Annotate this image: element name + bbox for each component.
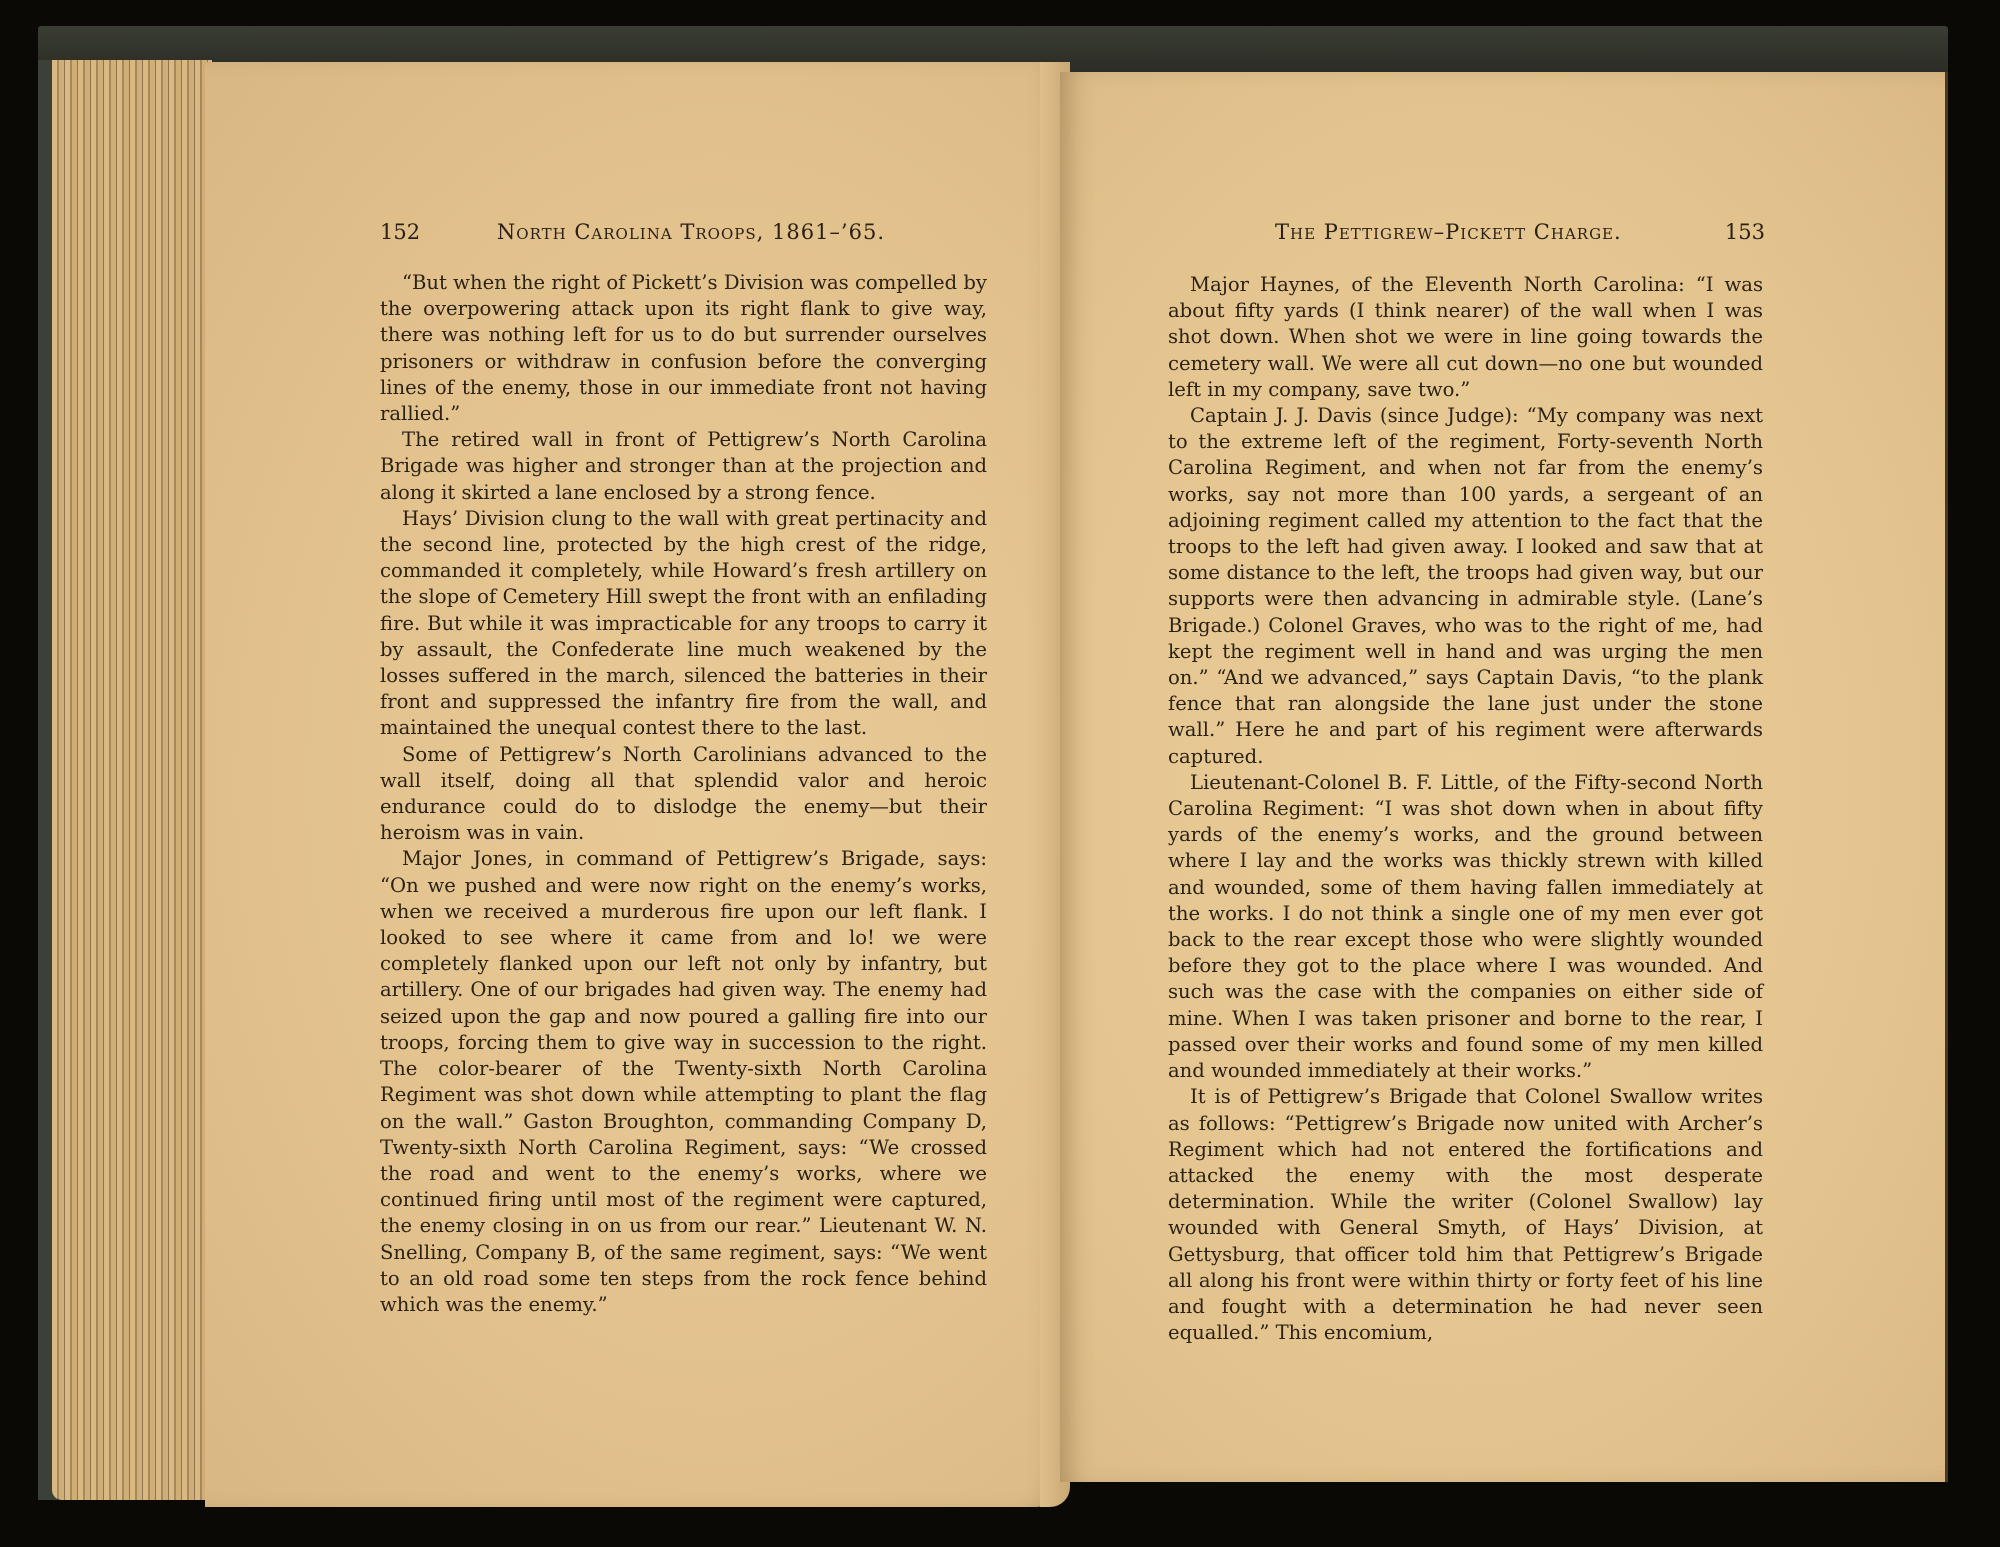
paragraph: It is of Pettigrew’s Brigade that Colone… — [1168, 1084, 1763, 1346]
paragraph: Hays’ Division clung to the wall with gr… — [380, 506, 987, 742]
running-head-title: North Carolina Troops, 1861–’65. — [497, 220, 885, 244]
paragraph: Major Haynes, of the Eleventh North Caro… — [1168, 272, 1763, 403]
running-head-title: The Pettigrew–Pickett Charge. — [1275, 220, 1622, 244]
left-page-text: “But when the right of Pickett’s Divisio… — [380, 270, 987, 1318]
page-block-edges — [52, 60, 212, 1500]
paragraph: Captain J. J. Davis (since Judge): “My c… — [1168, 403, 1763, 770]
paragraph: Major Jones, in command of Pettigrew’s B… — [380, 846, 987, 1318]
page-number: 152 — [380, 220, 420, 244]
right-page-text: Major Haynes, of the Eleventh North Caro… — [1168, 272, 1763, 1346]
paragraph: Some of Pettigrew’s North Carolinians ad… — [380, 742, 987, 847]
left-running-head: 152 North Carolina Troops, 1861–’65. — [380, 220, 885, 244]
paragraph: Lieutenant-Colonel B. F. Little, of the … — [1168, 770, 1763, 1084]
page-number: 153 — [1725, 220, 1765, 244]
right-running-head: The Pettigrew–Pickett Charge. 153 — [1275, 220, 1765, 244]
paragraph: The retired wall in front of Pettigrew’s… — [380, 427, 987, 506]
paragraph: “But when the right of Pickett’s Divisio… — [380, 270, 987, 427]
